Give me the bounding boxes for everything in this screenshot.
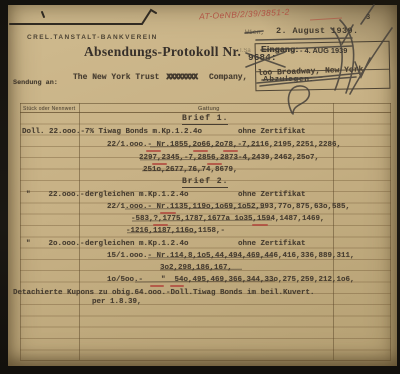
red-underline-mark [170, 285, 184, 287]
page-number: 3 [366, 12, 370, 21]
coupons-note-date: per 1.8.39, [92, 298, 142, 306]
recipient-struck-word: XXXXXXXX [166, 74, 196, 82]
table-column-divider-1 [79, 103, 80, 360]
bank-letterhead: CREL.TANSTALT-BANKVEREIN [27, 34, 158, 41]
amount-cell: Doll. 22.ooo.- [22, 128, 85, 136]
amount-cell: " 22.ooo.- [26, 191, 85, 199]
scanned-document-photo: AT-OeNB/2/39/3851-2 3 CREL.TANSTALT-BANK… [0, 0, 400, 374]
column-header-gattung: Gattung [198, 105, 220, 113]
place-label: Wien, [245, 29, 265, 36]
table-bottom-border [20, 360, 391, 361]
document-title: Absendungs-Protokoll Nr. [84, 44, 241, 60]
table-top-border [20, 103, 391, 104]
red-underline-mark [223, 150, 238, 152]
red-underline-mark [150, 285, 164, 287]
stamp-received-label: Eingang: [261, 45, 298, 54]
security-description: 7% Tiwag Bonds m.Kp.1.2.4o ohne Zertifik… [85, 128, 306, 136]
amount-cell: " 2o.ooo.- [26, 240, 85, 248]
clerk-initials: I.Sa [240, 48, 251, 54]
red-underline-mark [252, 224, 268, 226]
table-border-left [20, 103, 21, 360]
security-description: dergleichen m.Kp.1.2.4o ohne Zertifikat [85, 240, 306, 248]
recipient-name-part1: The New York Trust [73, 74, 159, 82]
red-underline-mark [152, 163, 167, 165]
sendung-an-label: Sendung an: [13, 79, 58, 87]
stamp-received-date: - 4. AUG 1939 [300, 46, 347, 55]
red-underline-mark [193, 150, 208, 152]
document-date: 2. August 1939. [276, 26, 359, 36]
security-description: dergleichen m.Kp.1.2.4o ohne Zertifikat [85, 191, 306, 199]
table-border-right [390, 103, 391, 360]
red-underline-mark [207, 163, 222, 165]
section-header-brief-1: Brief 1. [182, 115, 228, 125]
red-underline-mark [160, 212, 176, 214]
red-underline-mark [153, 224, 168, 226]
red-underline-mark [146, 150, 161, 152]
recipient-name-part2: Company, [209, 74, 247, 82]
column-header-nennwert: Stück oder Nennwert [23, 105, 75, 113]
coupons-note: Detachierte Kupons zu obig.64.ooo.-Doll.… [13, 289, 315, 297]
section-header-brief-2: Brief 2. [182, 178, 228, 188]
